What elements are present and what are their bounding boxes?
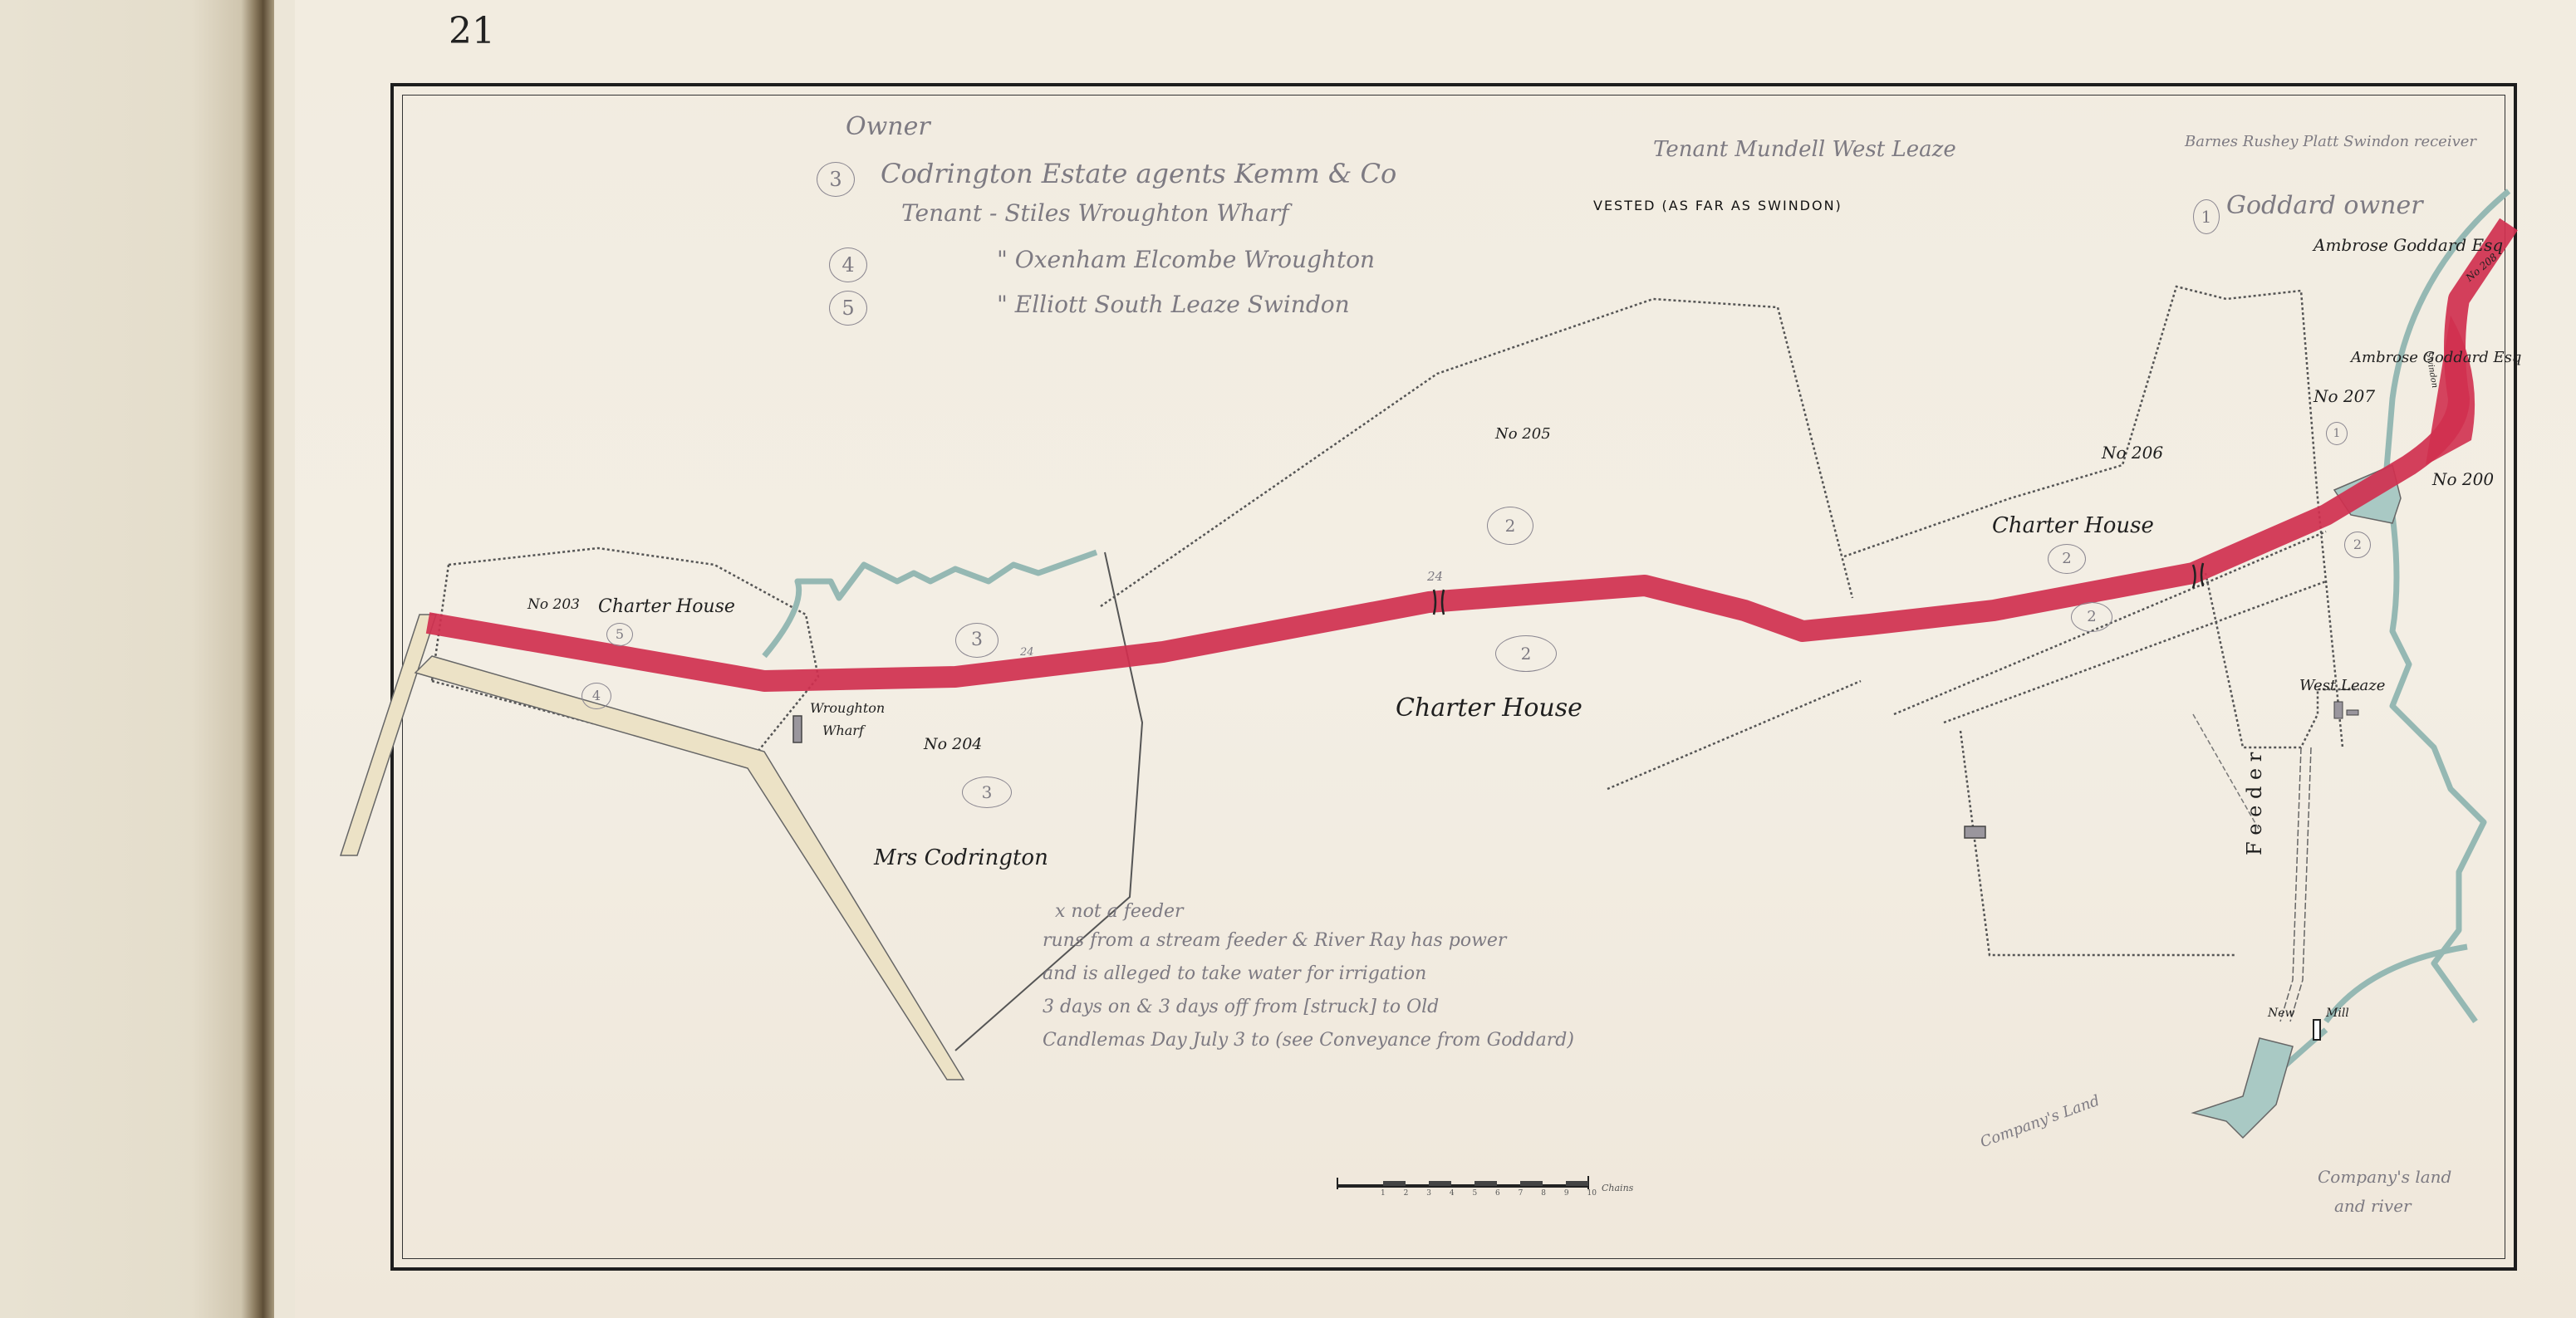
- new-label: New: [2268, 1007, 2295, 1020]
- plot-205-owner: Charter House: [1396, 693, 1582, 723]
- owner-circle-4: 4: [829, 247, 867, 282]
- tenant-mundell-note: Tenant Mundell West Leaze: [1653, 137, 1956, 162]
- company-land-right-note-1: Company's land: [2318, 1167, 2451, 1187]
- west-leaze-building-2: [2347, 710, 2358, 715]
- owner-circle-3: 3: [817, 162, 855, 197]
- plot-204-number: No 204: [924, 735, 982, 753]
- owners-note-heading: Owner: [846, 112, 930, 141]
- owners-note-row-1: Codrington Estate agents Kemm & Co: [881, 158, 1396, 189]
- pencil-note-line-1: x not a feeder: [1055, 901, 1184, 922]
- plot-206-number: No 206: [2102, 443, 2163, 463]
- scale-tick: 4: [1450, 1189, 1455, 1198]
- owners-note-row-3: " Oxenham Elcombe Wroughton: [997, 246, 1375, 273]
- scale-bar-unit: Chains: [1602, 1183, 1633, 1193]
- ambrose-goddard-top: Ambrose Goddard Esq: [2313, 235, 2503, 255]
- west-leaze-label: West Leaze: [2299, 677, 2385, 694]
- plot-207-number: No 207: [2313, 386, 2375, 406]
- scale-tick: 3: [1426, 1189, 1431, 1198]
- scale-tick: 2: [1404, 1189, 1409, 1198]
- scale-bar-graphic: [1337, 1176, 1588, 1189]
- plot-206-owner: Charter House: [1992, 513, 2154, 538]
- new-mill-building: [2313, 1020, 2320, 1040]
- owners-note-row-2: Tenant - Stiles Wroughton Wharf: [901, 199, 1289, 227]
- barnes-receiver-note: Barnes Rushey Platt Swindon receiver: [2185, 133, 2476, 150]
- pencil-note-line-4: 3 days on & 3 days off from [struck] to …: [1043, 997, 1439, 1017]
- pencil-note-line-5: Candlemas Day July 3 to (see Conveyance …: [1043, 1030, 1574, 1051]
- marker-24a: 24: [1020, 646, 1034, 659]
- mill-label: Mill: [2326, 1007, 2349, 1020]
- vested-label: VESTED (AS FAR AS SWINDON): [1593, 198, 1842, 213]
- map-drawing: [0, 0, 2576, 1318]
- feeder-label: F e e d e r: [2243, 752, 2266, 855]
- plot-203-owner: Charter House: [598, 596, 735, 617]
- scale-tick: 1: [1381, 1189, 1386, 1198]
- plot-203-number: No 203: [527, 596, 580, 613]
- pencil-note-line-3: and is alleged to take water for irrigat…: [1043, 963, 1426, 984]
- scale-tick: 10: [1587, 1189, 1596, 1198]
- plot-200-circle-2: 2: [2344, 532, 2371, 558]
- scale-tick: 9: [1564, 1189, 1569, 1198]
- plot-205-number: No 205: [1495, 425, 1551, 443]
- company-land-right-note-2: and river: [2334, 1196, 2412, 1216]
- feeder-building: [1965, 826, 1985, 838]
- wharf-label: Wharf: [822, 723, 864, 738]
- plot-207-circle-1: 1: [2326, 422, 2348, 445]
- plot-206-circle-2a: 2: [2048, 544, 2086, 574]
- marker-24b: 24: [1427, 569, 1443, 584]
- ambrose-goddard-mid: Ambrose Goddard Esq: [2351, 349, 2521, 366]
- west-leaze-building-1: [2334, 702, 2343, 718]
- plot-206-circle-2b: 2: [2071, 602, 2112, 632]
- scale-tick: 5: [1472, 1189, 1477, 1198]
- owners-note-row-4: " Elliott South Leaze Swindon: [997, 291, 1350, 318]
- plot-205-circle-2b: 2: [1495, 635, 1557, 672]
- plot-203-circle-5: 5: [606, 623, 633, 646]
- plot-boundaries: [432, 287, 2359, 955]
- scale-tick: 8: [1541, 1189, 1546, 1198]
- wharf-building: [793, 716, 802, 742]
- wroughton-label: Wroughton: [810, 700, 885, 716]
- scale-bar-ticks: 1 2 3 4 5 6 7 8 9 10: [1381, 1189, 1597, 1198]
- goddard-owner-note: Goddard owner: [2226, 191, 2423, 220]
- canal: [428, 224, 2509, 681]
- owner-circle-5: 5: [829, 291, 867, 326]
- plot-200-number: No 200: [2432, 469, 2494, 489]
- scale-tick: 6: [1495, 1189, 1500, 1198]
- company-land-lower: [2193, 1038, 2293, 1138]
- goddard-circle-1: 1: [2193, 199, 2220, 234]
- plot-205-circle-2a: 2: [1487, 507, 1533, 545]
- plot-204-circle-3a: 3: [955, 623, 999, 658]
- plot-203-circle-4: 4: [581, 683, 611, 709]
- plot-204-circle-3b: 3: [962, 777, 1012, 808]
- scale-tick: 7: [1519, 1189, 1524, 1198]
- pencil-note-line-2: runs from a stream feeder & River Ray ha…: [1043, 930, 1506, 951]
- feeder-channel: [2280, 747, 2311, 1022]
- plot-204-owner: Mrs Codrington: [874, 845, 1048, 870]
